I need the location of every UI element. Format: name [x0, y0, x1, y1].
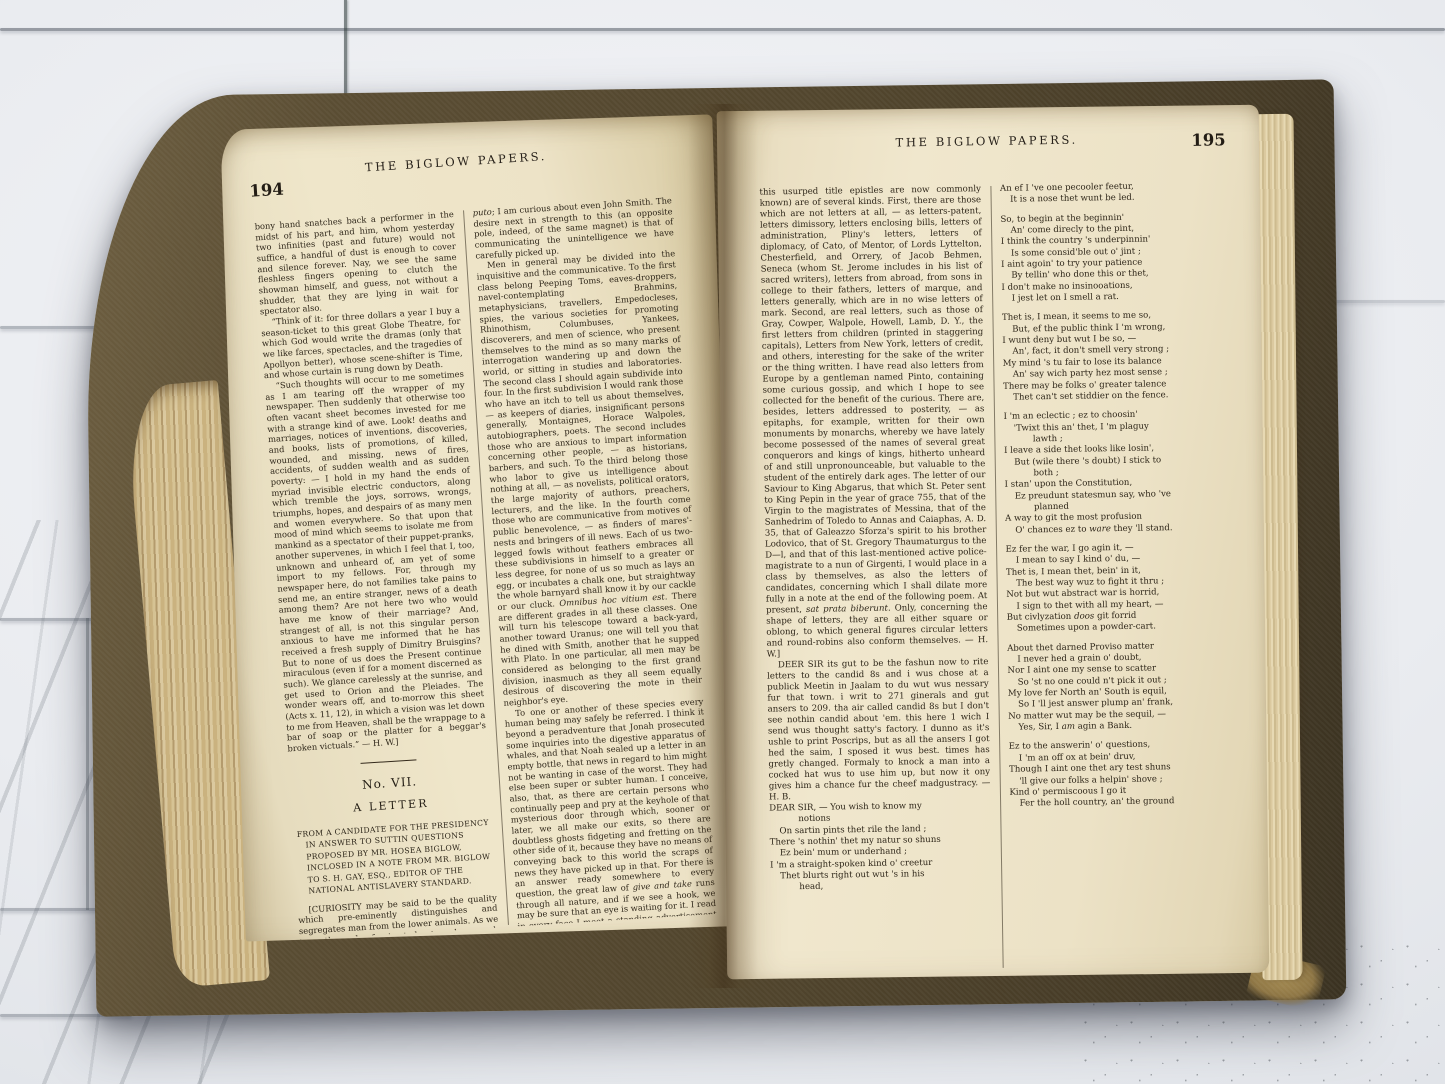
verse-stanza: Ez to the answerin' o' questions,I 'm an…: [1009, 739, 1232, 811]
verse-line: head,: [770, 879, 992, 894]
text-column: An ef I 've one pecooler feetur,It is a …: [993, 180, 1241, 970]
text-columns: bony hand snatches back a performer in t…: [247, 195, 723, 941]
verse-stanza: DEAR SIR, — You wish to know mynotionsOn…: [769, 800, 992, 894]
verse-line: Thet can't set stiddier on the fence.: [1003, 389, 1225, 404]
section-heading: A LETTER: [291, 793, 491, 820]
verse-stanza: Ez fer the war, I go agin it, —I mean to…: [1006, 541, 1229, 635]
page-number: 194: [249, 180, 285, 201]
verse-stanza: About thet darned Proviso matterI never …: [1007, 640, 1230, 734]
text-column: bony hand snatches back a performer in t…: [247, 209, 505, 941]
verse-line: I jest let on I smell a rat.: [1002, 290, 1224, 305]
text-columns: this usurped title epistles are now comm…: [752, 180, 1240, 973]
brick-mortar-line: [0, 28, 1445, 31]
verse-line: Sometimes upon a powder-cart.: [1007, 621, 1229, 636]
verse-stanza: Thet is, I mean, it seems to me so,But, …: [1002, 310, 1225, 404]
verse-line: Yes, Sir, I am agin a Bank.: [1008, 719, 1230, 734]
page-left-content: THE BIGLOW PAPERS. 194 bony hand snatche…: [220, 114, 737, 941]
verse-stanza: An ef I 've one pecooler feetur,It is a …: [1000, 180, 1222, 206]
verse-stanza: So, to begin at the beginnin'An' come di…: [1000, 211, 1223, 305]
running-head: THE BIGLOW PAPERS.: [220, 139, 702, 184]
section-heading: No. VII.: [290, 770, 490, 798]
verse-line: It is a nose thet wunt be led.: [1000, 192, 1222, 207]
paragraph: [CURIOSITY may be said to be the quality…: [297, 892, 503, 940]
running-head: THE BIGLOW PAPERS.: [717, 130, 1258, 153]
paragraph: DEER SIR its gut to be the fashun now to…: [767, 657, 991, 803]
page-number: 195: [1191, 130, 1226, 150]
book: THE BIGLOW PAPERS. 194 bony hand snatche…: [90, 88, 1340, 1008]
paragraph: “Such thoughts will occur to me sometime…: [264, 369, 487, 754]
section-subhead: FROM A CANDIDATE FOR THE PRESIDENCY IN A…: [293, 816, 496, 898]
paragraph: To one or another of these species every…: [504, 696, 719, 927]
brick-mortar-line: [1330, 300, 1445, 303]
paragraph: this usurped title epistles are now comm…: [759, 184, 988, 660]
verse-line: Fer the holl country, an' the ground: [1010, 795, 1232, 810]
paragraph: bony hand snatches back a performer in t…: [254, 209, 459, 317]
paragraph: Men in general may be divided into the i…: [476, 249, 703, 709]
page-right: THE BIGLOW PAPERS. 195 this usurped titl…: [717, 105, 1270, 980]
text-column: puto; I am curious about even John Smith…: [465, 195, 723, 927]
page-right-content: THE BIGLOW PAPERS. 195 this usurped titl…: [717, 105, 1270, 980]
verse-stanza: I 'm an eclectic ; ez to choosin''Twixt …: [1003, 409, 1226, 537]
section-divider: [360, 759, 416, 764]
photo-of-open-book: { "colors": { "cover": "#51452d", "page"…: [0, 0, 1445, 1084]
text-column: this usurped title epistles are now comm…: [752, 184, 1000, 974]
page-left: THE BIGLOW PAPERS. 194 bony hand snatche…: [220, 114, 737, 941]
